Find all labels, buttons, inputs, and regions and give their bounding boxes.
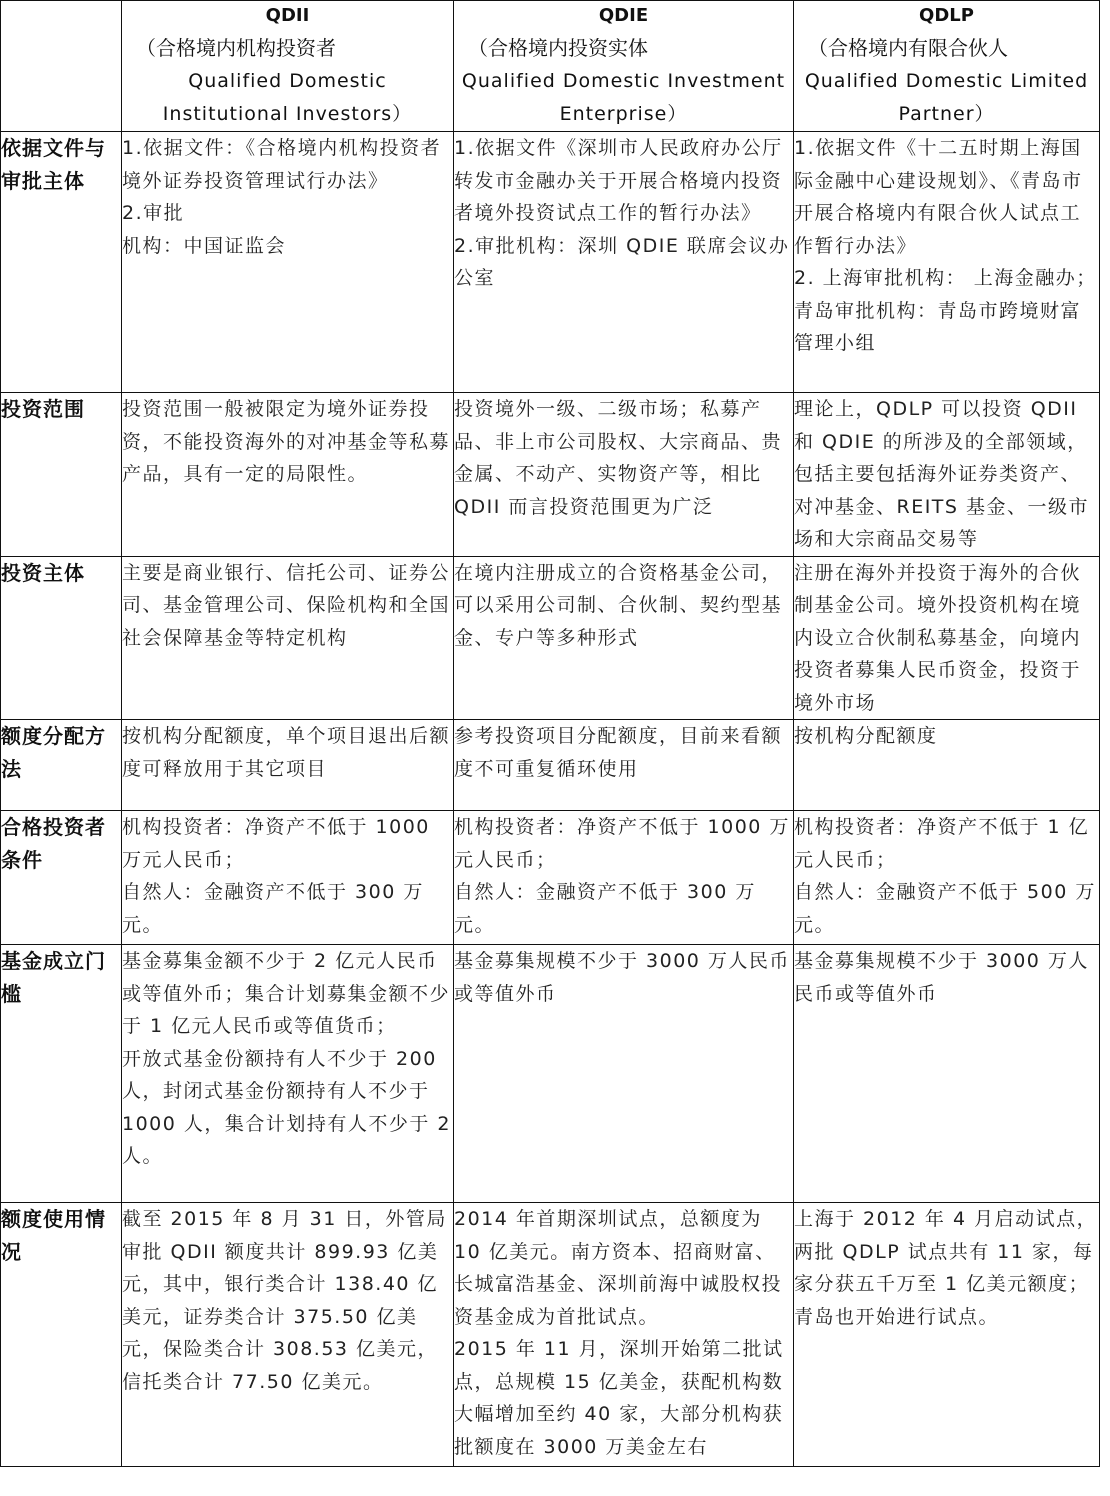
cell-qdlp: 按机构分配额度 [794,720,1100,811]
row-label: 合格投资者条件 [1,811,122,945]
cell-line: 机构投资者：净资产不低于 1 亿元人民币； [794,811,1099,876]
header-code: QDLP [794,1,1099,31]
cell-qdie: 在境内注册成立的合资格基金公司，可以采用公司制、合伙制、契约型基金、专户等多种形… [454,556,794,720]
header-code: QDII [122,1,453,31]
cell-line: 投资范围一般被限定为境外证券投资，不能投资海外的对冲基金等私募产品，具有一定的局… [122,393,453,491]
row-label: 额度使用情况 [1,1203,122,1467]
cell-line: 自然人：金融资产不低于 300 万元。 [454,876,793,941]
row-label: 投资主体 [1,556,122,720]
cell-line: 基金募集规模不少于 3000 万人民币或等值外币 [454,945,793,1010]
cell-line: 上海于 2012 年 4 月启动试点，两批 QDLP 试点共有 11 家，每家分… [794,1203,1099,1301]
cell-qdie: 2014 年首期深圳试点，总额度为 10 亿美元。南方资本、招商财富、长城富浩基… [454,1203,794,1467]
table-row-fund-threshold: 基金成立门槛 基金募集金额不少于 2 亿元人民币或等值外币；集合计划募集金额不少… [1,945,1100,1203]
cell-line: 青岛审批机构：青岛市跨境财富管理小组 [794,295,1099,360]
cell-line: 开放式基金份额持有人不少于 200 人，封闭式基金份额持有人不少于 1000 人… [122,1043,453,1173]
table-row-quota-allocation: 额度分配方法 按机构分配额度，单个项目退出后额度可释放用于其它项目 参考投资项目… [1,720,1100,811]
cell-line: 基金募集规模不少于 3000 万人民币或等值外币 [794,945,1099,1010]
cell-line: 在境内注册成立的合资格基金公司，可以采用公司制、合伙制、契约型基金、专户等多种形… [454,557,793,655]
header-chinese-name: （合格境内有限合伙人 [794,31,1099,65]
cell-line: 理论上，QDLP 可以投资 QDII 和 QDIE 的所涉及的全部领域，包括主要… [794,393,1099,556]
cell-line: 2015 年 11 月，深圳开始第二批试点，总规模 15 亿美金，获配机构数大幅… [454,1333,793,1463]
cell-qdii: 投资范围一般被限定为境外证券投资，不能投资海外的对冲基金等私募产品，具有一定的局… [122,393,454,557]
row-label: 基金成立门槛 [1,945,122,1203]
cell-qdlp: 1.依据文件《十二五时期上海国际金融中心建设规划》、《青岛市开展合格境内有限合伙… [794,132,1100,393]
cell-qdie: 投资境外一级、二级市场；私募产品、非上市公司股权、大宗商品、贵金属、不动产、实物… [454,393,794,557]
cell-qdii: 按机构分配额度，单个项目退出后额度可释放用于其它项目 [122,720,454,811]
cell-qdii: 机构投资者：净资产不低于 1000 万元人民币； 自然人：金融资产不低于 300… [122,811,454,945]
header-row: QDII （合格境内机构投资者 Qualified Domestic Insti… [1,1,1100,132]
cell-qdlp: 机构投资者：净资产不低于 1 亿元人民币； 自然人：金融资产不低于 500 万元… [794,811,1100,945]
header-chinese-name: （合格境内机构投资者 [122,31,453,65]
header-qdie: QDIE （合格境内投资实体 Qualified Domestic Invest… [454,1,794,132]
header-chinese-name: （合格境内投资实体 [454,31,793,65]
cell-line: 机构投资者：净资产不低于 1000 万元人民币； [454,811,793,876]
row-label: 依据文件与审批主体 [1,132,122,393]
cell-qdie: 基金募集规模不少于 3000 万人民币或等值外币 [454,945,794,1203]
cell-qdie: 参考投资项目分配额度，目前来看额度不可重复循环使用 [454,720,794,811]
cell-line: 自然人：金融资产不低于 300 万元。 [122,876,453,941]
cell-line: 青岛也开始进行试点。 [794,1301,1099,1334]
cell-line: 按机构分配额度 [794,720,1099,753]
cell-line: 基金募集金额不少于 2 亿元人民币或等值外币；集合计划募集金额不少于 1 亿元人… [122,945,453,1043]
cell-line: 主要是商业银行、信托公司、证券公司、基金管理公司、保险机构和全国社会保障基金等特… [122,557,453,655]
cell-line: 自然人：金融资产不低于 500 万元。 [794,876,1099,941]
cell-line: 截至 2015 年 8 月 31 日，外管局审批 QDII 额度共计 899.9… [122,1203,453,1398]
cell-qdii: 1.依据文件：《合格境内机构投资者境外证券投资管理试行办法》 2.审批 机构：中… [122,132,454,393]
cell-line: 2. 上海审批机构： 上海金融办； [794,262,1099,295]
cell-line: 按机构分配额度，单个项目退出后额度可释放用于其它项目 [122,720,453,785]
cell-qdii: 基金募集金额不少于 2 亿元人民币或等值外币；集合计划募集金额不少于 1 亿元人… [122,945,454,1203]
cell-qdlp: 理论上，QDLP 可以投资 QDII 和 QDIE 的所涉及的全部领域，包括主要… [794,393,1100,557]
cell-line: 注册在海外并投资于海外的合伙制基金公司。境外投资机构在境内设立合伙制私募基金，向… [794,557,1099,720]
cell-qdii: 截至 2015 年 8 月 31 日，外管局审批 QDII 额度共计 899.9… [122,1203,454,1467]
table-row-basis: 依据文件与审批主体 1.依据文件：《合格境内机构投资者境外证券投资管理试行办法》… [1,132,1100,393]
header-qdlp: QDLP （合格境内有限合伙人 Qualified Domestic Limit… [794,1,1100,132]
row-label: 额度分配方法 [1,720,122,811]
cell-qdie: 1.依据文件《深圳市人民政府办公厅转发市金融办关于开展合格境内投资者境外投资试点… [454,132,794,393]
cell-line: 1.依据文件《十二五时期上海国际金融中心建设规划》、《青岛市开展合格境内有限合伙… [794,132,1099,262]
header-code: QDIE [454,1,793,31]
cell-line: 2.审批 [122,197,453,230]
cell-qdlp: 注册在海外并投资于海外的合伙制基金公司。境外投资机构在境内设立合伙制私募基金，向… [794,556,1100,720]
header-english-name: Qualified Domestic Institutional Investo… [122,65,453,131]
table-row-quota-usage: 额度使用情况 截至 2015 年 8 月 31 日，外管局审批 QDII 额度共… [1,1203,1100,1467]
cell-qdii: 主要是商业银行、信托公司、证券公司、基金管理公司、保险机构和全国社会保障基金等特… [122,556,454,720]
cell-qdlp: 基金募集规模不少于 3000 万人民币或等值外币 [794,945,1100,1203]
header-english-name: Qualified Domestic Limited Partner） [794,65,1099,131]
cell-line: 2014 年首期深圳试点，总额度为 10 亿美元。南方资本、招商财富、长城富浩基… [454,1203,793,1333]
cell-line: 投资境外一级、二级市场；私募产品、非上市公司股权、大宗商品、贵金属、不动产、实物… [454,393,793,523]
cell-line: 机构：中国证监会 [122,230,453,263]
qd-comparison-table: QDII （合格境内机构投资者 Qualified Domestic Insti… [0,0,1100,1467]
cell-qdie: 机构投资者：净资产不低于 1000 万元人民币； 自然人：金融资产不低于 300… [454,811,794,945]
cell-line: 参考投资项目分配额度，目前来看额度不可重复循环使用 [454,720,793,785]
table-row-investors: 投资主体 主要是商业银行、信托公司、证券公司、基金管理公司、保险机构和全国社会保… [1,556,1100,720]
cell-line: 1.依据文件：《合格境内机构投资者境外证券投资管理试行办法》 [122,132,453,197]
header-english-name: Qualified Domestic Investment Enterprise… [454,65,793,131]
cell-line: 机构投资者：净资产不低于 1000 万元人民币； [122,811,453,876]
header-corner-cell [1,1,122,132]
table-row-qualified-investor: 合格投资者条件 机构投资者：净资产不低于 1000 万元人民币； 自然人：金融资… [1,811,1100,945]
header-qdii: QDII （合格境内机构投资者 Qualified Domestic Insti… [122,1,454,132]
table-row-scope: 投资范围 投资范围一般被限定为境外证券投资，不能投资海外的对冲基金等私募产品，具… [1,393,1100,557]
cell-qdlp: 上海于 2012 年 4 月启动试点，两批 QDLP 试点共有 11 家，每家分… [794,1203,1100,1467]
row-label: 投资范围 [1,393,122,557]
cell-line: 2.审批机构：深圳 QDIE 联席会议办公室 [454,230,793,295]
cell-line: 1.依据文件《深圳市人民政府办公厅转发市金融办关于开展合格境内投资者境外投资试点… [454,132,793,230]
